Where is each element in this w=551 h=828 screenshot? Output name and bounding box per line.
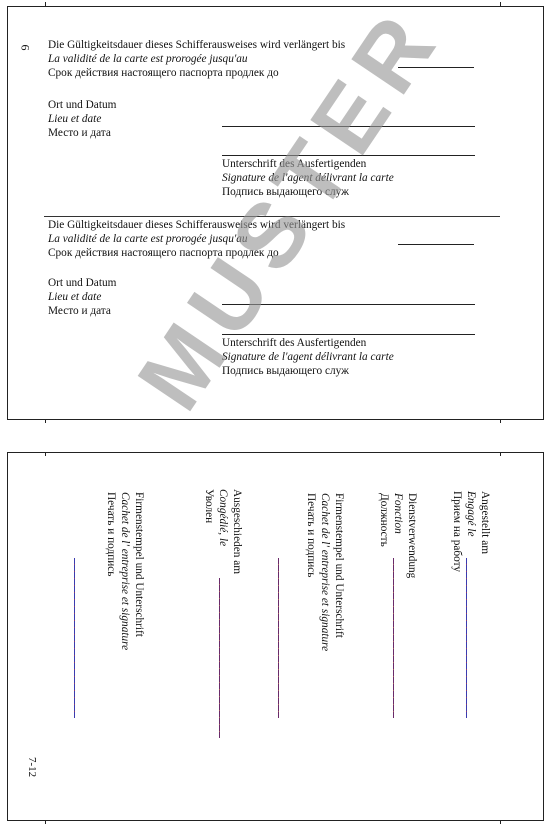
validity-label-de: Die Gültigkeitsdauer dieses Schifferausw… — [48, 38, 345, 52]
place-date-field-1[interactable] — [222, 126, 475, 127]
entry-separator — [44, 216, 500, 217]
validity-label-fr: La validité de la carte est prorogée jus… — [48, 52, 345, 66]
crop-mark — [45, 2, 46, 6]
signature-label-fr: Signature de l'agent délivrant la carte — [222, 350, 394, 364]
signature-label-2: Unterschrift des Ausfertigenden Signatur… — [222, 336, 394, 378]
place-date-label-de: Ort und Datum — [48, 276, 116, 290]
company-stamp-field-2[interactable] — [74, 558, 75, 718]
place-date-label-ru: Место и дата — [48, 304, 116, 318]
dismissed-on-label-de: Ausgeschieden am — [230, 489, 244, 574]
signature-label-ru: Подпись выдающего служ — [222, 364, 394, 378]
company-stamp-field-1[interactable] — [278, 558, 279, 718]
function-field[interactable] — [393, 558, 394, 718]
company-stamp-label-2: Firmenstempel und Unterschrift Cachet de… — [104, 492, 146, 650]
crop-mark — [500, 2, 501, 6]
company-stamp-label-fr: Cachet de l' entreprise et signature — [118, 492, 132, 650]
dismissed-on-label-fr: Congédié, le — [216, 489, 230, 574]
company-stamp-label-fr: Cachet de l' entreprise et signature — [318, 493, 332, 651]
dismissed-on-field[interactable] — [219, 578, 220, 738]
hired-on-field[interactable] — [466, 558, 467, 718]
function-label-de: Dienstverwendung — [405, 493, 419, 578]
signature-label-1: Unterschrift des Ausfertigenden Signatur… — [222, 157, 394, 199]
place-date-label-ru: Место и дата — [48, 126, 116, 140]
crop-mark — [45, 820, 46, 824]
validity-label-de: Die Gültigkeitsdauer dieses Schifferausw… — [48, 218, 345, 232]
dismissed-on-label: Ausgeschieden am Congédié, le Уволен — [202, 489, 244, 574]
crop-mark — [45, 452, 46, 456]
validity-label-ru: Срок действия настоящего паспорта продле… — [48, 246, 345, 260]
place-date-label-fr: Lieu et date — [48, 290, 116, 304]
signature-label-ru: Подпись выдающего служ — [222, 185, 394, 199]
company-stamp-label-ru: Печать и подпись — [104, 492, 118, 650]
company-stamp-label-1: Firmenstempel und Unterschrift Cachet de… — [304, 493, 346, 651]
signature-label-de: Unterschrift des Ausfertigenden — [222, 336, 394, 350]
hired-on-label: Angestellt am Engagé le Прием на работу — [450, 491, 492, 572]
crop-mark — [500, 820, 501, 824]
signature-field-1[interactable] — [222, 155, 475, 156]
signature-field-2[interactable] — [222, 334, 475, 335]
company-stamp-label-de: Firmenstempel und Unterschrift — [332, 493, 346, 651]
validity-date-field-1[interactable] — [398, 67, 474, 68]
validity-date-field-2[interactable] — [398, 244, 474, 245]
company-stamp-label-de: Firmenstempel und Unterschrift — [132, 492, 146, 650]
function-label: Dienstverwendung Fonction Должность — [377, 493, 419, 578]
function-label-ru: Должность — [377, 493, 391, 578]
dismissed-on-label-ru: Уволен — [202, 489, 216, 574]
place-date-label-2: Ort und Datum Lieu et date Место и дата — [48, 276, 116, 318]
place-date-label-fr: Lieu et date — [48, 112, 116, 126]
place-date-label-1: Ort und Datum Lieu et date Место и дата — [48, 98, 116, 140]
page-number: 7-12 — [26, 757, 38, 777]
crop-mark — [500, 452, 501, 456]
company-stamp-label-ru: Печать и подпись — [304, 493, 318, 651]
section-number: 6 — [18, 45, 33, 51]
signature-label-de: Unterschrift des Ausfertigenden — [222, 157, 394, 171]
validity-label-ru: Срок действия настоящего паспорта продле… — [48, 66, 345, 80]
hired-on-label-de: Angestellt am — [478, 491, 492, 572]
validity-label-2: Die Gültigkeitsdauer dieses Schifferausw… — [48, 218, 345, 260]
crop-mark — [500, 419, 501, 423]
validity-label-1: Die Gültigkeitsdauer dieses Schifferausw… — [48, 38, 345, 80]
validity-label-fr: La validité de la carte est prorogée jus… — [48, 232, 345, 246]
signature-label-fr: Signature de l'agent délivrant la carte — [222, 171, 394, 185]
crop-mark — [45, 419, 46, 423]
hired-on-label-ru: Прием на работу — [450, 491, 464, 572]
place-date-field-2[interactable] — [222, 304, 475, 305]
place-date-label-de: Ort und Datum — [48, 98, 116, 112]
